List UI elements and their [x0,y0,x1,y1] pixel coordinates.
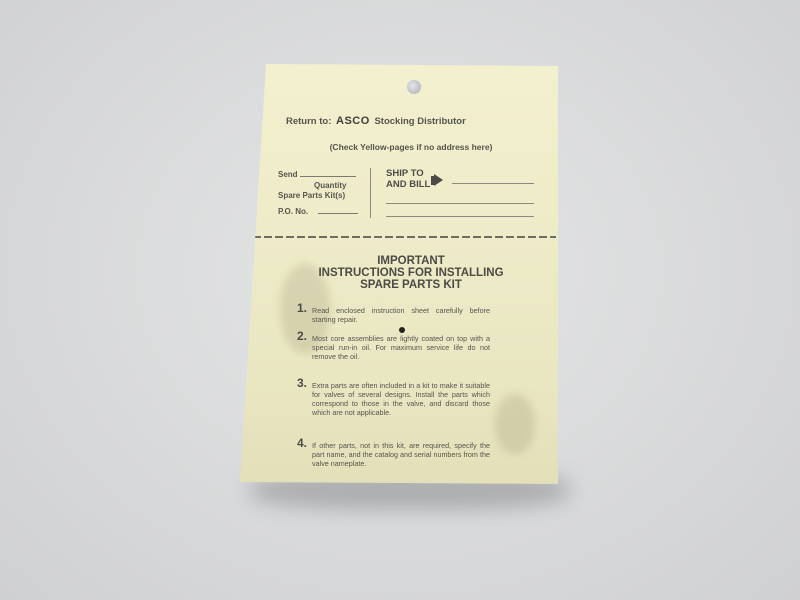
perforation-line [242,236,556,238]
brand-logo: ASCO [336,115,370,127]
distributor-label: Stocking Distributor [374,116,465,127]
arrow-right-icon [434,174,443,186]
send-label: Send [278,170,298,179]
heading-line1: IMPORTANT [264,255,558,267]
return-to-line: Return to: ASCO Stocking Distributor [286,115,466,127]
instruction-item: 3. Extra parts are often included in a k… [312,381,490,417]
instruction-item: 4. If other parts, not in this kit, are … [312,441,490,468]
instruction-text: Read enclosed instruction sheet carefull… [312,306,490,324]
ship-to-label: SHIP TO AND BILL [386,168,430,190]
ship-to-blank-2[interactable] [386,203,534,204]
ship-to-line2: AND BILL [386,179,430,190]
po-blank[interactable] [318,213,358,214]
heading-line3: SPARE PARTS KIT [264,279,558,291]
instruction-text: If other parts, not in this kit, are req… [312,441,490,468]
instruction-number: 4. [297,439,307,448]
ship-to-blank-3[interactable] [386,216,534,217]
hanging-hole [407,80,421,94]
check-note: (Check Yellow-pages if no address here) [240,142,558,152]
send-blank[interactable] [300,176,356,177]
stain [495,394,535,454]
instruction-number: 2. [297,332,307,341]
spare-parts-tag-card: Return to: ASCO Stocking Distributor (Ch… [240,64,558,486]
instruction-text: Extra parts are often included in a kit … [312,381,490,417]
instruction-number: 1. [297,304,307,313]
quantity-label: Quantity [314,181,346,190]
ship-to-blank-1[interactable] [452,183,534,184]
instruction-item: 1. Read enclosed instruction sheet caref… [312,306,490,324]
heading-line2: INSTRUCTIONS FOR INSTALLING [264,267,558,279]
instructions-heading: IMPORTANT INSTRUCTIONS FOR INSTALLING SP… [240,255,558,291]
return-to-label: Return to: [286,116,331,127]
instruction-text: Most core assemblies are lightly coated … [312,334,490,361]
kit-label: Spare Parts Kit(s) [278,191,345,200]
po-label: P.O. No. [278,207,308,216]
ship-to-line1: SHIP TO [386,168,430,179]
ink-dot [399,327,405,333]
form-divider [370,168,371,218]
instruction-number: 3. [297,379,307,388]
instruction-item: 2. Most core assemblies are lightly coat… [312,334,490,361]
